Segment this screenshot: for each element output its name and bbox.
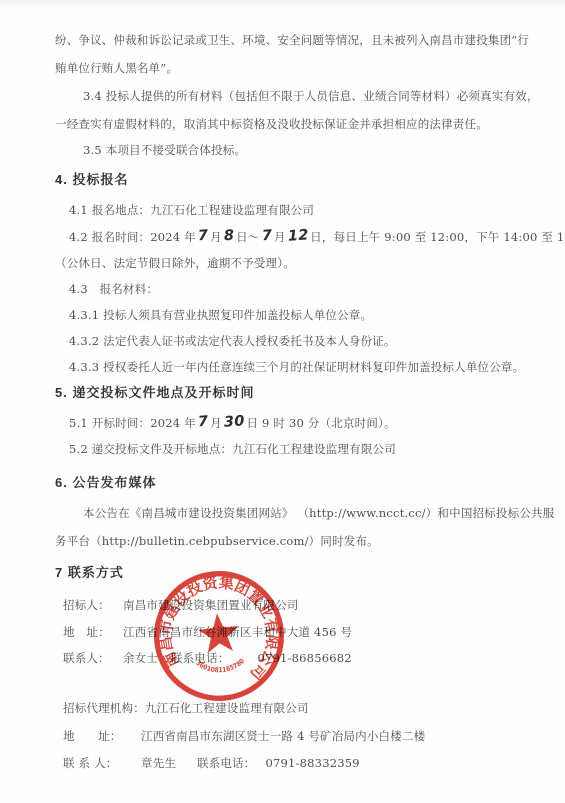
agency-phone-value: 0791-88332359 (266, 750, 360, 776)
tenderer-name-row: 招标人： 南昌市建设投资集团置业有限公司 (55, 592, 565, 618)
handwritten-month-2: 7 (261, 223, 273, 250)
tenderer-name-label: 招标人： (63, 592, 123, 618)
handwritten-day-2: 12 (287, 222, 309, 249)
clause-4-2-printed-prefix: 4.2 报名时间：2024 年 (69, 230, 196, 244)
tenderer-name-value: 南昌市建设投资集团置业有限公司 (123, 592, 299, 618)
agency-address-label: 地 址： (63, 723, 141, 749)
clause-5-1-printed-prefix: 5.1 开标时间：2024 年 (69, 416, 196, 430)
agency-address-row: 地 址： 江西省南昌市东湖区贤士一路 4 号矿冶局内小白楼二楼 (55, 723, 565, 749)
clause-4-2-month-char-1: 月 (210, 230, 222, 244)
clause-4-2-line-2: （公休日、法定节假日除外，逾期不予受理）。 (55, 250, 565, 276)
tenderer-address-label: 地 址： (63, 619, 123, 645)
agency-name-label: 招标代理机构： (63, 695, 145, 721)
tenderer-address-value: 江西省南昌市红谷滩新区丰和中大道 456 号 (123, 619, 352, 645)
agency-name-row: 招标代理机构： 九江石化工程建设监理有限公司 (55, 695, 565, 721)
agency-contact-value: 章先生 (141, 750, 197, 776)
clause-3-4-line-2: 一经查实有虚假材料的，取消其中标资格及没收投标保证金并承担相应的法律责任。 (55, 111, 565, 137)
clause-4-1: 4.1 报名地点：九江石化工程建设监理有限公司 (55, 197, 565, 223)
clause-4-3: 4.3 报名材料： (55, 276, 565, 302)
section-6-heading: 6. 公告发布媒体 (55, 470, 565, 496)
section-7-heading: 7 联系方式 (55, 560, 565, 586)
media-line-1: 本公告在《南昌城市建设投资集团网站》 （http://www.ncct.cc/）… (55, 500, 565, 526)
media-line-2: 务平台（http://bulletin.cebpubservice.com/）同… (55, 528, 565, 554)
clause-4-2-printed-rest: 日，每日上午 9:00 至 12:00，下午 14:00 至 17:00 (310, 230, 565, 244)
clause-5-1-month-char: 月 (210, 416, 222, 430)
clause-4-3-1: 4.3.1 投标人须具有营业执照复印件加盖投标人单位公章。 (55, 302, 565, 328)
tenderer-phone-label: 联系电话： (171, 645, 230, 671)
tenderer-contact-value: 余女士 (123, 645, 171, 671)
scanned-document-page: 纷、争议、仲裁和诉讼记录或卫生、环境、安全问题等情况，且未被列入南昌市建投集团“… (0, 0, 565, 803)
section-4-heading: 4. 投标报名 (55, 167, 565, 193)
clause-5-1-printed-rest: 日 9 时 30 分（北京时间）。 (246, 416, 395, 430)
paragraph-continuation-line-2: 贿单位行贿人黑名单”。 (55, 55, 565, 81)
handwritten-day-1: 8 (223, 223, 235, 250)
clause-4-2-month-char-2: 月 (274, 230, 286, 244)
clause-4-2-range-chars: 日～ (236, 230, 259, 244)
tenderer-address-row: 地 址： 江西省南昌市红谷滩新区丰和中大道 456 号 (55, 619, 565, 645)
section-5-heading: 5. 递交投标文件地点及开标时间 (55, 380, 565, 406)
handwritten-month-1: 7 (197, 223, 209, 250)
clause-4-3-3: 4.3.3 授权委托人近一年内任意连续三个月的社保证明材料复印件加盖投标人单位公… (55, 354, 565, 380)
clause-5-2: 5.2 递交投标文件及开标地点：九江石化工程建设监理有限公司 (55, 436, 565, 462)
clause-4-3-2: 4.3.2 法定代表人证书或法定代表人授权委托书及本人身份证。 (55, 328, 565, 354)
document-body: 纷、争议、仲裁和诉讼记录或卫生、环境、安全问题等情况，且未被列入南昌市建投集团“… (0, 0, 565, 776)
agency-phone-label: 联系电话： (197, 750, 256, 776)
agency-address-value: 江西省南昌市东湖区贤士一路 4 号矿冶局内小白楼二楼 (141, 723, 425, 749)
handwritten-open-day: 30 (223, 408, 245, 435)
clause-3-5: 3.5 本项目不接受联合体投标。 (55, 137, 565, 163)
clause-3-4-line-1: 3.4 投标人提供的所有材料（包括但不限于人员信息、业绩合同等材料）必须真实有效… (55, 83, 565, 109)
tenderer-contact-label: 联系人： (63, 645, 123, 671)
agency-contact-label: 联 系 人： (63, 750, 141, 776)
paragraph-continuation-line-1: 纷、争议、仲裁和诉讼记录或卫生、环境、安全问题等情况，且未被列入南昌市建投集团“… (55, 27, 565, 53)
agency-contact-row: 联 系 人： 章先生 联系电话： 0791-88332359 (55, 750, 565, 776)
handwritten-open-month: 7 (197, 409, 209, 436)
tenderer-phone-value: 0791-86856682 (258, 645, 352, 671)
clause-5-1: 5.1 开标时间：2024 年7月30日 9 时 30 分（北京时间）。 (55, 410, 565, 436)
agency-name-value: 九江石化工程建设监理有限公司 (145, 695, 309, 721)
clause-4-2-line-1: 4.2 报名时间：2024 年7月8日～7月12日，每日上午 9:00 至 12… (55, 224, 565, 250)
tenderer-contact-row: 联系人： 余女士 联系电话： 0791-86856682 (55, 645, 565, 671)
